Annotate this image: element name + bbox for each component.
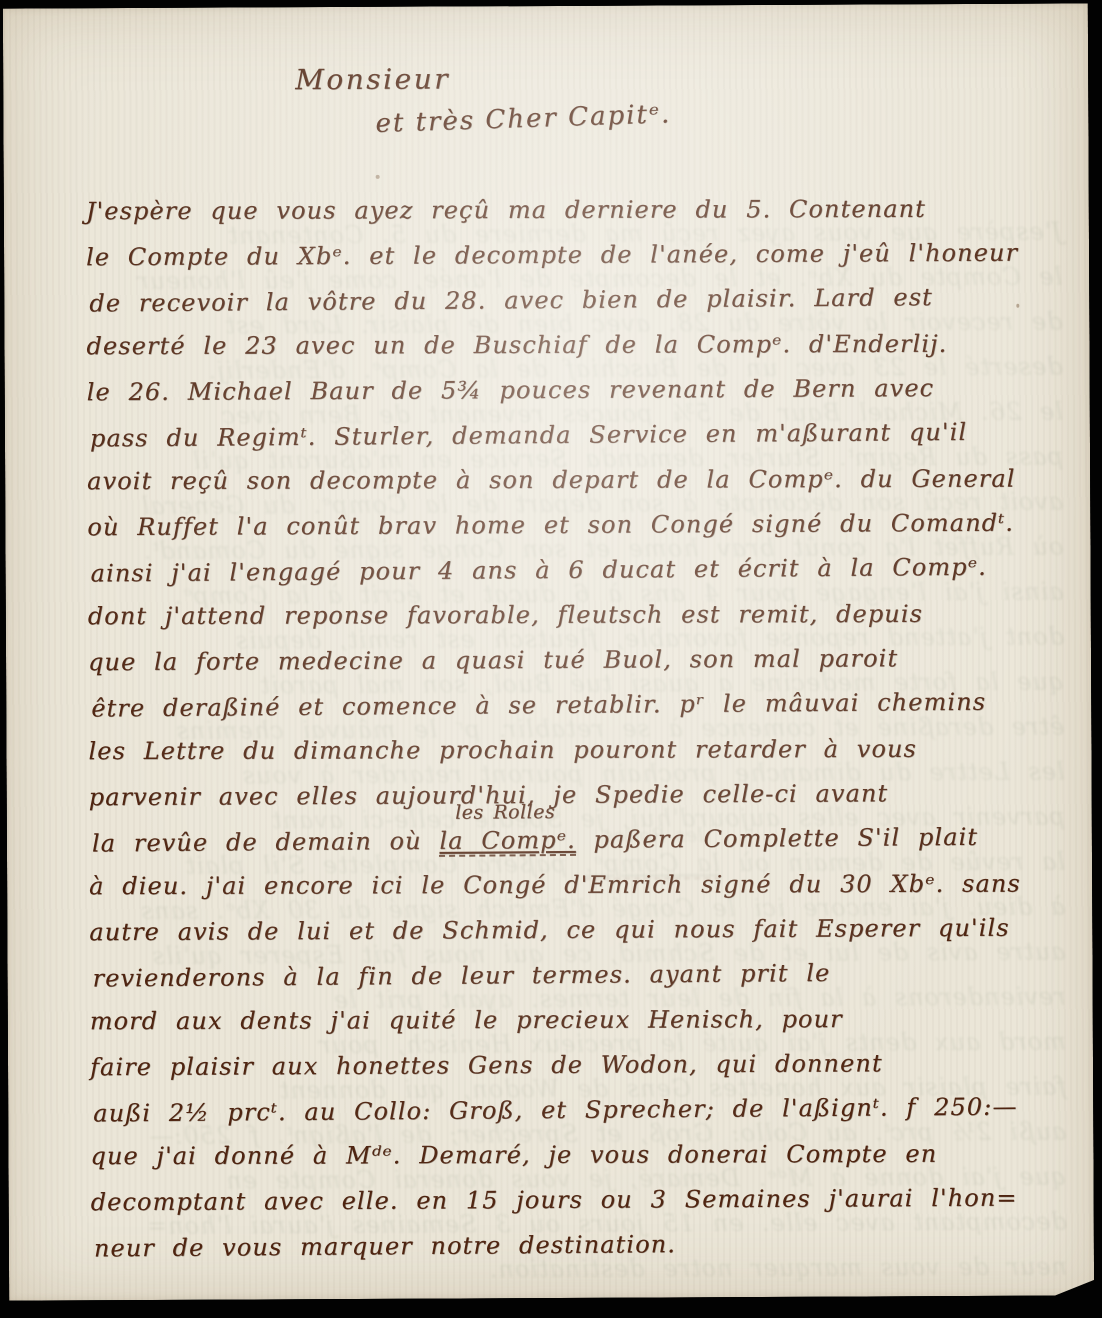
body-line-14: parvenir avec elles aujourd'hui, je Sped… [89,770,1081,820]
body-line-2: le Compte du Xbᵉ. et le decompte de l'an… [86,230,1078,280]
body-line-3: de recevoir la vôtre du 28. avec bien de… [89,274,1081,326]
body-line-21: außi 2½ prcᵗ. au Collo: Groß, et Spreche… [93,1084,1085,1136]
body-line-16: à dieu. j'ai encore ici le Congé d'Emric… [89,861,1081,909]
body-line-19: mord aux dents j'ai quité le precieux He… [90,996,1082,1044]
body-line-15: la revûe de demain où les Rollesla Compᵉ… [92,814,1084,866]
correction-group: les Rollesla Compᵉ. [439,826,576,855]
letter-page: J'espère que vous ayez reçû ma derniere … [3,3,1094,1300]
body-line-12: être deraßiné et comence à se retablir. … [91,679,1083,731]
paper-speckle [376,175,380,179]
line-text-after: paßera Complette S'il plait [576,823,979,854]
body-line-24: neur de vous marquer notre destination. [94,1219,1086,1271]
body-line-1: J'espère que vous ayez reçû ma derniere … [86,186,1078,234]
body-line-10: dont j'attend reponse favorable, fleutsc… [88,591,1080,639]
body-line-8: où Ruffet l'a conût brav home et son Con… [87,500,1079,550]
interlinear-insertion: les Rolles [455,790,555,836]
body-line-13: les Lettre du dimanche prochain pouront … [88,726,1080,774]
salutation-line-2: et très Cher Capitᵉ. [375,99,672,139]
body-line-7: avoit reçû son decompte à son depart de … [87,456,1079,504]
body-line-18: revienderons à la fin de leur termes. ay… [92,949,1084,1001]
body-line-4: deserté le 23 avec un de Buschiaf de la … [86,321,1078,369]
line-text-before: la revûe de demain où [92,827,440,858]
salutation-line-1: Monsieur [295,62,450,96]
body-line-17: autre avis de lui et de Schmid, ce qui n… [89,905,1081,955]
body-line-11: que la forte medecine a quasi tué Buol, … [88,635,1080,685]
body-line-22: que j'ai donné à Mᵈᵉ. Demaré, je vous do… [90,1131,1082,1179]
paper-speckle [1016,304,1019,308]
paper-speckle [157,848,160,851]
body-line-5: le 26. Michael Baur de 5¾ pouces revenan… [87,365,1079,415]
body-line-6: pass du Regimᵗ. Sturler, demanda Service… [90,409,1082,461]
letter-body: J'espère que vous ayez reçû ma derniere … [86,185,1083,1270]
body-line-23: decomptant avec elle. en 15 jours ou 3 S… [91,1175,1083,1225]
body-line-9: ainsi j'ai l'engagé pour 4 ans à 6 ducat… [90,544,1082,596]
body-line-20: faire plaisir aux honettes Gens de Wodon… [90,1040,1082,1090]
scanned-letter: J'espère que vous ayez reçû ma derniere … [0,0,1102,1318]
